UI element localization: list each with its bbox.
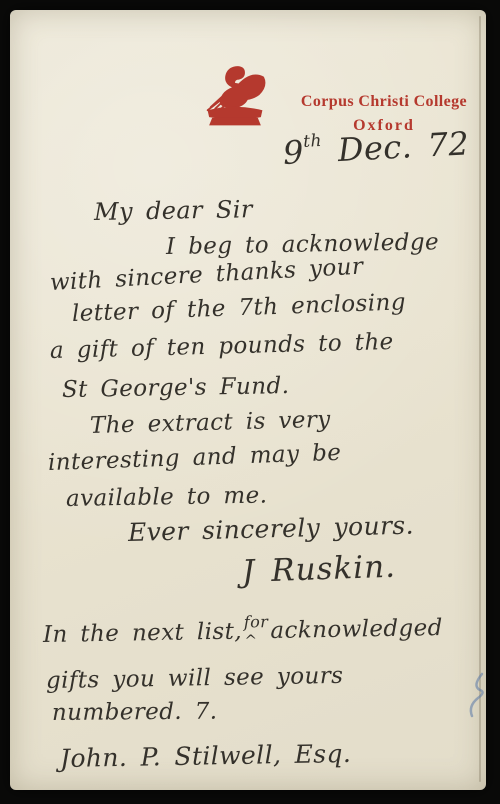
letter-line: I beg to acknowledge: [166, 229, 439, 260]
photo-frame: Corpus Christi College Oxford 9th Dec. 7…: [0, 0, 500, 804]
letter-line: St George's Fund.: [62, 373, 290, 403]
postscript-post: acknowledged: [270, 615, 443, 644]
date-day: 9: [282, 133, 305, 172]
letter-line: available to me.: [66, 482, 268, 512]
signature: J Ruskin.: [241, 549, 396, 590]
postscript-line: gifts you will see yours: [46, 663, 344, 694]
postscript-pre: In the next list,: [43, 619, 242, 648]
insertion-word: for: [244, 612, 269, 631]
salutation-line: My dear Sir: [94, 195, 253, 226]
date-rest: Dec. 72: [321, 124, 470, 170]
postscript-line: numbered. 7.: [52, 699, 218, 726]
letterhead-college-name: Corpus Christi College: [294, 90, 474, 114]
date-superscript: th: [303, 131, 323, 152]
pelican-crest-icon: [196, 60, 274, 130]
blue-ink-smudge: [458, 672, 490, 720]
addressee-line: John. P. Stilwell, Esq.: [60, 739, 352, 773]
